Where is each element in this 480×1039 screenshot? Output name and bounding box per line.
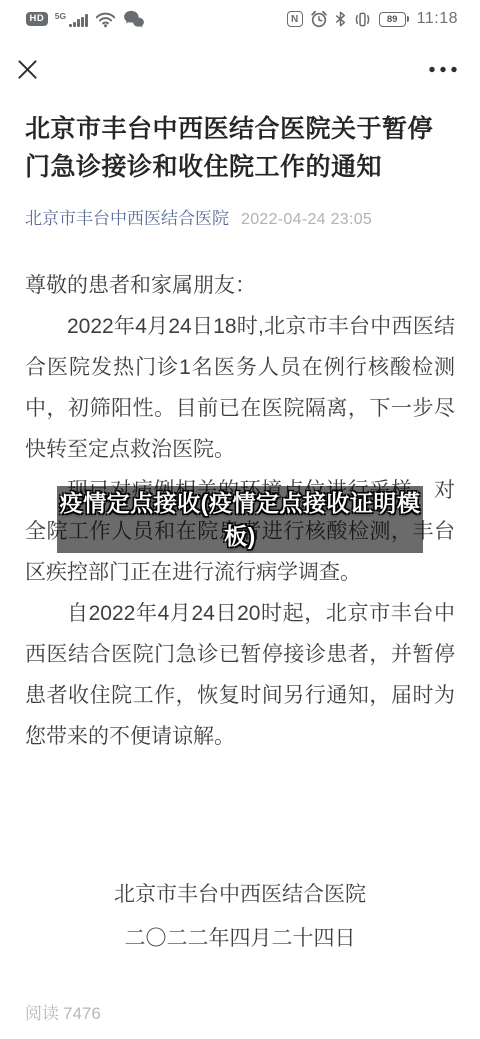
watermark-caption: 疫情定点接收(疫情定点接收证明模板) [57, 487, 423, 553]
alarm-clock-icon [310, 10, 328, 28]
signature-block: 北京市丰台中西医结合医院 二〇二二年四月二十四日 [25, 873, 455, 961]
status-bar-left: HD 5G [26, 10, 145, 28]
more-menu-icon[interactable] [428, 66, 460, 73]
clock-time: 11:18 [417, 10, 458, 28]
wechat-icon [123, 10, 145, 28]
read-count-row: 阅读7476 [25, 999, 455, 1024]
bluetooth-icon [335, 11, 346, 27]
vibrate-mode-icon [353, 12, 372, 27]
publish-time: 2022-04-24 23:05 [241, 211, 372, 229]
paragraph-suspension: 自2022年4月24日20时起，北京市丰台中西医结合医院门急诊已暂停接诊患者，并… [25, 593, 455, 757]
hd-voice-icon: HD [26, 12, 48, 27]
article-content: 北京市丰台中西医结合医院关于暂停门急诊接诊和收住院工作的通知 北京市丰台中西医结… [0, 100, 480, 1024]
status-bar: HD 5G N 89 11:18 [0, 0, 480, 38]
cellular-signal-icon: 5G [55, 11, 88, 27]
article-nav-bar [0, 38, 480, 100]
nfc-icon: N [287, 11, 303, 27]
watermark-overlay: 疫情定点接收(疫情定点接收证明模板) [57, 486, 423, 553]
read-count-value: 7476 [63, 1004, 101, 1023]
close-icon[interactable] [16, 58, 39, 81]
signature-name: 北京市丰台中西医结合医院 [25, 873, 455, 917]
status-bar-right: N 89 11:18 [287, 10, 458, 28]
article-title: 北京市丰台中西医结合医院关于暂停门急诊接诊和收住院工作的通知 [25, 110, 455, 186]
paragraph-greeting: 尊敬的患者和家属朋友： [25, 265, 455, 306]
read-count-label: 阅读 [25, 1004, 59, 1023]
network-type-label: 5G [55, 11, 66, 21]
account-name-link[interactable]: 北京市丰台中西医结合医院 [25, 204, 229, 229]
wifi-icon [95, 11, 116, 28]
article-meta: 北京市丰台中西医结合医院 2022-04-24 23:05 [25, 204, 455, 229]
signal-bars-icon [69, 13, 88, 27]
paragraph-case-report: 2022年4月24日18时,北京市丰台中西医结合医院发热门诊1名医务人员在例行核… [25, 306, 455, 470]
battery-icon: 89 [379, 12, 406, 27]
signature-date: 二〇二二年四月二十四日 [25, 917, 455, 961]
